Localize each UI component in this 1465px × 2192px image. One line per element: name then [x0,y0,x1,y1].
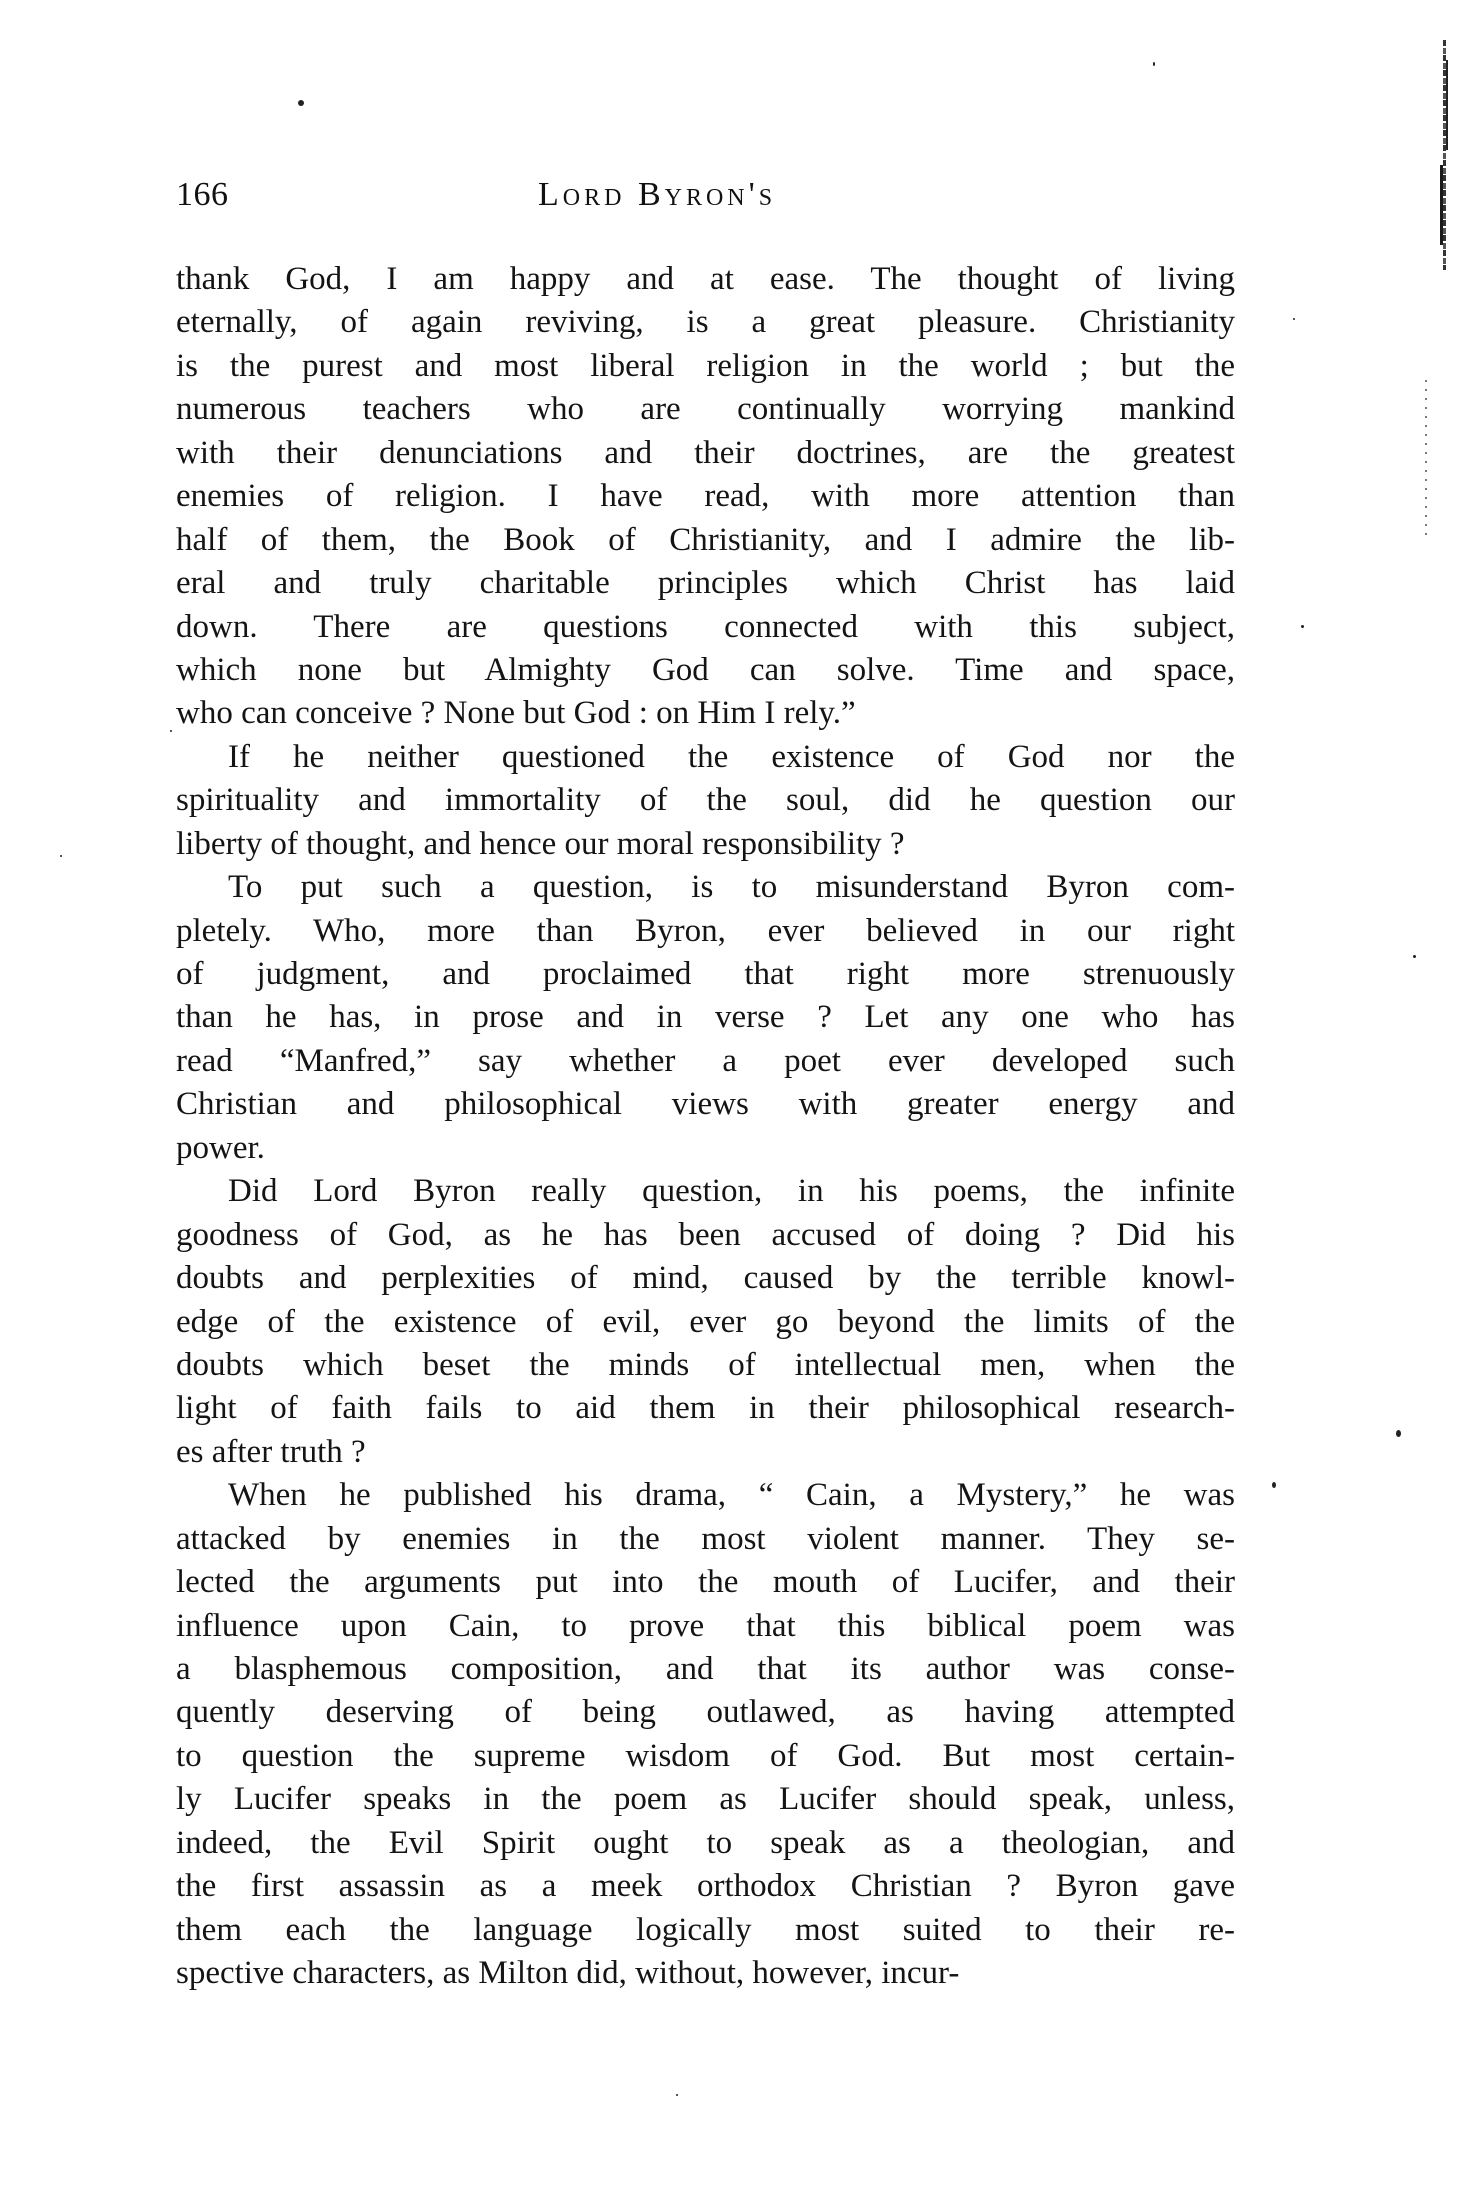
text-line: a blasphemous composition, and that its … [176,1648,1235,1691]
text-line: power. [176,1127,1235,1170]
text-line: When he published his drama, “ Cain, a M… [176,1474,1235,1517]
text-line: edge of the existence of evil, ever go b… [176,1301,1235,1344]
text-line: read “Manfred,” say whether a poet ever … [176,1040,1235,1083]
text-line: Christian and philosophical views with g… [176,1083,1235,1126]
text-line: spirituality and immortality of the soul… [176,779,1235,822]
text-line: es after truth ? [176,1431,1235,1474]
text-line: the first assassin as a meek orthodox Ch… [176,1865,1235,1908]
text-line: which none but Almighty God can solve. T… [176,649,1235,692]
text-line: doubts and perplexities of mind, caused … [176,1257,1235,1300]
text-line: lected the arguments put into the mouth … [176,1561,1235,1604]
paragraph: To put such a question, is to misunderst… [176,866,1235,1170]
text-line: thank God, I am happy and at ease. The t… [176,258,1235,301]
text-line: If he neither questioned the existence o… [176,736,1235,779]
text-line: To put such a question, is to misunderst… [176,866,1235,909]
text-line: numerous teachers who are continually wo… [176,388,1235,431]
text-line: Did Lord Byron really question, in his p… [176,1170,1235,1213]
text-line: who can conceive ? None but God : on Him… [176,692,1235,735]
book-page: 166 Lord Byron's thank God, I am happy a… [0,0,1465,2192]
scan-speck [1396,1430,1401,1437]
text-line: them each the language logically most su… [176,1909,1235,1952]
text-line: down. There are questions connected with… [176,606,1235,649]
running-title: Lord Byron's [538,176,776,214]
text-line: spective characters, as Milton did, with… [176,1952,1235,1995]
text-line: of judgment, and proclaimed that right m… [176,953,1235,996]
text-line: eral and truly charitable principles whi… [176,562,1235,605]
text-line: is the purest and most liberal religion … [176,345,1235,388]
paragraph: thank God, I am happy and at ease. The t… [176,258,1235,736]
body-text: thank God, I am happy and at ease. The t… [176,258,1235,1996]
text-line: eternally, of again reviving, is a great… [176,301,1235,344]
scan-speck [1153,62,1155,66]
scan-speck [676,2094,678,2096]
page-number: 166 [176,176,229,214]
text-line: indeed, the Evil Spirit ought to speak a… [176,1822,1235,1865]
text-line: ly Lucifer speaks in the poem as Lucifer… [176,1778,1235,1821]
text-line: to question the supreme wisdom of God. B… [176,1735,1235,1778]
scan-speck [170,730,172,732]
text-line: half of them, the Book of Christianity, … [176,519,1235,562]
page-binding-edge-lower [1440,165,1443,245]
paragraph: When he published his drama, “ Cain, a M… [176,1474,1235,1995]
scan-speck [298,100,304,106]
paragraph: If he neither questioned the existence o… [176,736,1235,866]
scan-speck [60,855,62,857]
scan-speck [1293,318,1295,320]
text-line: doubts which beset the minds of intellec… [176,1344,1235,1387]
page-binding-speckle [1425,380,1427,540]
text-line: light of faith fails to aid them in thei… [176,1387,1235,1430]
text-line: quently deserving of being outlawed, as … [176,1691,1235,1734]
scan-speck [1272,1482,1276,1488]
text-line: enemies of religion. I have read, with m… [176,475,1235,518]
scan-speck [1413,955,1416,958]
text-line: goodness of God, as he has been accused … [176,1214,1235,1257]
text-line: with their denunciations and their doctr… [176,432,1235,475]
text-line: attacked by enemies in the most violent … [176,1518,1235,1561]
paragraph: Did Lord Byron really question, in his p… [176,1170,1235,1474]
text-line: liberty of thought, and hence our moral … [176,823,1235,866]
text-line: influence upon Cain, to prove that this … [176,1605,1235,1648]
text-line: than he has, in prose and in verse ? Let… [176,996,1235,1039]
text-line: pletely. Who, more than Byron, ever beli… [176,910,1235,953]
scan-speck [1301,625,1304,628]
page-binding-edge-dark [1446,60,1448,150]
running-head: 166 Lord Byron's [176,176,1235,220]
